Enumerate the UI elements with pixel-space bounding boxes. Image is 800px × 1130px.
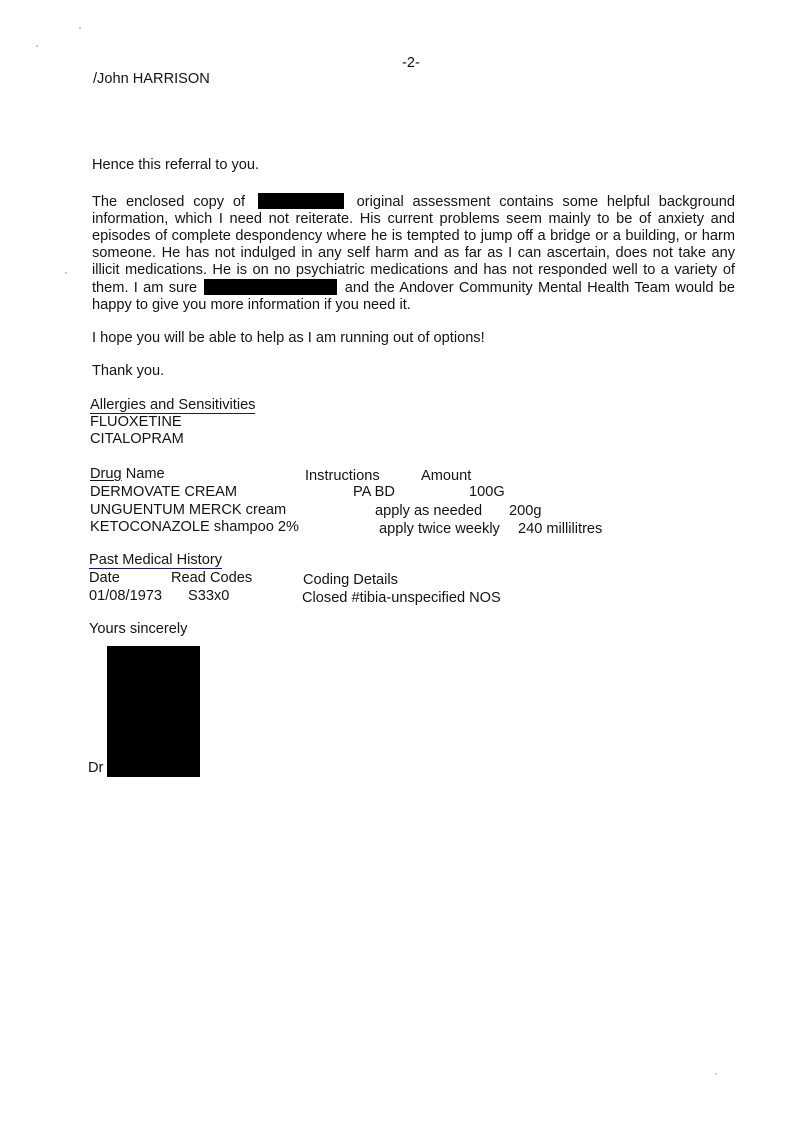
medication-instructions: apply as needed — [375, 503, 482, 520]
history-header-date: Date — [89, 570, 120, 587]
history-header-read-codes: Read Codes — [171, 570, 252, 587]
hope-line: I hope you will be able to help as I am … — [92, 330, 485, 347]
history-heading-text: Past Medical History — [89, 552, 222, 569]
scan-speck — [715, 1073, 717, 1075]
page-number: -2- — [402, 55, 420, 72]
scan-speck — [65, 272, 67, 274]
history-header-coding-details: Coding Details — [303, 572, 398, 589]
thanks-line: Thank you. — [92, 363, 164, 380]
medication-header-drug: Drug Name — [90, 466, 165, 483]
history-date: 01/08/1973 — [89, 588, 162, 605]
medication-drug: UNGUENTUM MERCK cream — [90, 502, 286, 519]
medication-amount: 200g — [509, 503, 541, 520]
drug-header-rest: Name — [122, 466, 165, 482]
redaction-box — [204, 279, 337, 295]
scan-speck — [79, 27, 81, 29]
medication-drug: KETOCONAZOLE shampoo 2% — [90, 519, 299, 536]
history-heading: Past Medical History — [89, 552, 222, 569]
medication-instructions: PA BD — [353, 484, 395, 501]
medication-header-instructions: Instructions — [305, 468, 380, 485]
recipient-reference: /John HARRISON — [93, 71, 210, 88]
medication-drug: DERMOVATE CREAM — [90, 484, 237, 501]
valediction: Yours sincerely — [89, 621, 187, 638]
paragraph-prefix: The enclosed copy of — [92, 194, 245, 210]
main-paragraph: The enclosed copy of original assessment… — [92, 193, 735, 314]
drug-header-underlined: Drug — [90, 466, 122, 482]
redaction-box — [258, 193, 344, 209]
history-read-code: S33x0 — [188, 588, 229, 605]
medication-amount: 240 millilitres — [518, 521, 602, 538]
doctor-title: Dr — [88, 760, 103, 777]
medication-instructions: apply twice weekly — [379, 521, 500, 538]
medication-amount: 100G — [469, 484, 505, 501]
allergies-heading-text: Allergies and Sensitivities — [90, 397, 255, 414]
scan-speck — [36, 45, 38, 47]
history-coding-details: Closed #tibia-unspecified NOS — [302, 590, 501, 607]
opening-line: Hence this referral to you. — [92, 157, 259, 174]
allergy-item: FLUOXETINE — [90, 414, 182, 431]
signature-redaction-box — [107, 646, 200, 777]
allergies-heading: Allergies and Sensitivities — [90, 397, 255, 414]
medication-header-amount: Amount — [421, 468, 471, 485]
allergy-item: CITALOPRAM — [90, 431, 184, 448]
